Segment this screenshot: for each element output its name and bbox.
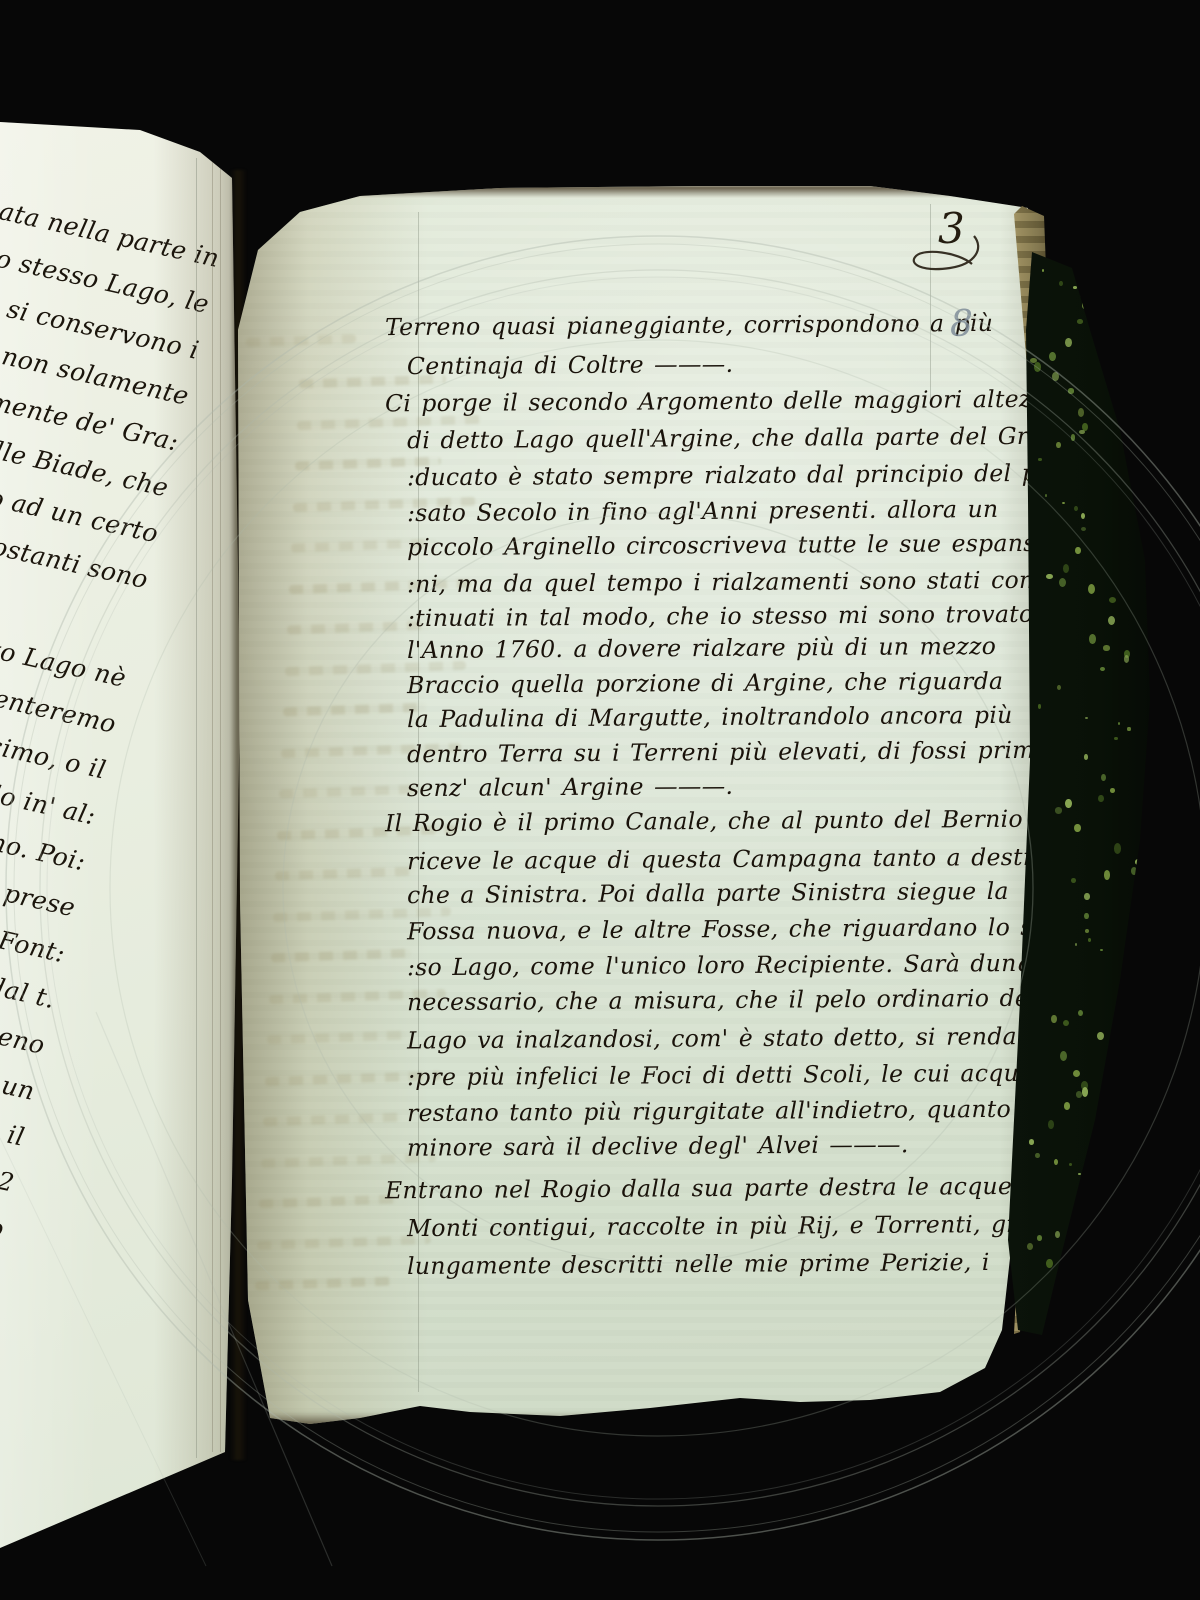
marble-speckle [1084,754,1089,760]
marble-speckle [1084,893,1089,900]
manuscript-line: l'Anno 1760. a dovere rialzare più di un… [407,632,996,664]
marble-speckle [1038,704,1041,709]
manuscript-line: dentro Terra su i Terreni più elevati, d… [407,736,1049,768]
manuscript-line: Lago va inalzandosi, com' è stato detto,… [407,1022,1115,1055]
marble-speckle [1088,584,1095,594]
marble-speckle [1100,949,1102,951]
marble-speckle [1079,430,1084,434]
marble-speckle [1076,1091,1083,1098]
left-margin-rule [196,158,197,1458]
manuscript-line: necessario, che a misura, che il pelo or… [407,984,1037,1016]
marble-speckle [1110,788,1116,793]
marble-speckle [1085,929,1089,933]
manuscript-photo: ata nella parte ine dello stesso Lago, l… [0,0,1200,1600]
marble-speckle [1103,645,1109,650]
manuscript-text-block: Terreno quasi pianeggiante, corrispondon… [238,186,1040,1430]
marble-speckle [1069,1163,1072,1166]
marble-speckle [1098,795,1104,803]
manuscript-line: :ni, ma da quel tempo i rialzamenti sono… [407,566,1043,598]
manuscript-line: :so Lago, come l'unico loro Recipiente. … [407,949,1062,982]
marble-speckle [1037,1235,1042,1241]
marble-speckle [1045,494,1047,497]
marble-speckle [1077,319,1083,323]
marble-speckle [1084,913,1089,920]
marble-speckle [1056,442,1060,448]
marble-speckle [1078,1173,1080,1176]
marble-speckle [1049,352,1056,362]
marble-speckle [1060,1051,1067,1061]
marble-speckle [1081,513,1085,519]
marble-speckle [1081,527,1086,531]
marble-speckle [1101,774,1106,782]
marble-speckle [1082,1087,1089,1097]
marble-speckle [1108,616,1115,625]
marble-speckle [1073,1070,1080,1077]
left-page-text: ata nella parte ine dello stesso Lago, l… [0,142,224,1482]
marble-speckle [1127,727,1130,731]
manuscript-line: Terreno quasi pianeggiante, corrispondon… [385,309,993,341]
left-page: ata nella parte ine dello stesso Lago, l… [0,118,248,1558]
manuscript-line: :ducato è stato sempre rialzato dal prin… [407,459,1072,492]
marble-speckle [1057,685,1061,690]
manuscript-line: piccolo Arginello circoscriveva tutte le… [407,529,1066,562]
marble-speckle [1079,1209,1082,1212]
manuscript-line: riceve le acque di questa Campagna tanto… [407,843,1057,876]
marble-speckle [1063,1020,1069,1026]
marble-speckle [1114,737,1118,740]
marble-speckle [1082,301,1088,309]
marble-speckle [1048,1120,1054,1129]
marble-speckle [1063,1278,1070,1285]
marble-speckle [1097,1032,1104,1040]
marble-speckle [1065,799,1072,809]
marble-speckle [1051,1015,1057,1024]
right-page: Terreno quasi pianeggiante, corrispondon… [238,186,1040,1430]
marble-speckle [1114,843,1121,853]
marble-speckle [1109,597,1116,603]
marble-speckle [1070,1224,1074,1229]
marble-speckle [1035,1153,1040,1158]
page-stack-edge [220,162,221,1452]
manuscript-line: che a Sinistra. Poi dalla parte Sinistra… [407,877,1009,909]
marble-speckle [1078,408,1084,417]
manuscript-line: restano tanto più rigurgitate all'indiet… [407,1095,1011,1127]
marble-speckle [1117,1000,1122,1005]
marble-speckle [1059,281,1063,286]
marble-speckle [1073,286,1077,289]
marble-speckle [1046,1259,1052,1269]
marble-speckle [1118,722,1120,725]
marble-speckle [1135,982,1139,988]
manuscript-line: :sato Secolo in fino agl'Anni presenti. … [407,495,999,527]
marble-speckle [1075,547,1081,555]
manuscript-line: minore sarà il declive degl' Alvei ———. [407,1130,909,1162]
marble-speckle [1062,502,1065,504]
marble-speckle [1081,1303,1088,1313]
manuscript-line: senz' alcun' Argine ———. [407,772,733,802]
marble-speckle [1135,859,1142,865]
marble-speckle [1063,564,1069,573]
manuscript-line: Centinaja di Coltre ———. [407,350,733,380]
marble-speckle [1100,667,1105,671]
marble-speckle [1042,269,1045,273]
margin-number: 8 [950,304,973,345]
marble-speckle [1054,1159,1058,1165]
marble-speckle [1055,1231,1060,1238]
manuscript-line: Ci porge il secondo Argomento delle magg… [385,385,1059,418]
manuscript-line: :pre più infelici le Foci di detti Scoli… [407,1059,1033,1091]
marble-speckle [1055,807,1062,813]
page-stack-edge [212,162,213,1452]
marble-speckle [1124,655,1129,663]
marble-speckle [1078,1010,1083,1016]
marble-speckle [1071,878,1077,883]
folio-flourish [906,230,1016,290]
manuscript-line: Entrano nel Rogio dalla sua parte destra… [385,1172,1059,1205]
marble-speckle [1046,574,1053,579]
marble-speckle [1080,291,1085,298]
marble-speckle [1052,372,1059,382]
manuscript-line: :tinuati in tal modo, che io stesso mi s… [407,600,1034,632]
marbled-cover [1008,240,1158,1340]
manuscript-line: Braccio quella porzione di Argine, che r… [407,667,1004,699]
marble-speckle [1075,943,1077,947]
manuscript-line: lungamente descritti nelle mie prime Per… [407,1248,990,1280]
marble-speckle [1071,434,1076,441]
marble-speckle [1074,506,1078,511]
manuscript-line: la Padulina di Margutte, inoltrandolo an… [407,701,1013,733]
marble-speckle [1034,362,1041,372]
marble-speckle [1059,578,1066,587]
manuscript-line: di detto Lago quell'Argine, che dalla pa… [407,422,1067,455]
marble-speckle [1129,963,1132,967]
marble-speckle [1068,388,1075,393]
marble-speckle [1027,1243,1033,1250]
manuscript-line: Monti contigui, raccolte in più Rij, e T… [407,1210,1029,1242]
marble-speckle [1074,824,1081,833]
marble-speckle [1064,1102,1070,1109]
marble-speckle [1088,938,1091,942]
marble-speckle [1075,1294,1082,1302]
manuscript-line: Il Rogio è il primo Canale, che al punto… [385,805,1023,837]
marble-speckle [1038,458,1041,461]
marble-speckle [1131,867,1138,875]
marble-speckle [1104,870,1110,879]
manuscript-line: Fossa nuova, e le altre Fosse, che rigua… [407,913,1077,946]
marble-speckle [1029,1139,1034,1144]
marble-speckle [1089,634,1096,644]
marble-speckle [1085,717,1088,719]
marble-speckle [1082,1190,1085,1194]
marble-speckle [1065,338,1071,347]
